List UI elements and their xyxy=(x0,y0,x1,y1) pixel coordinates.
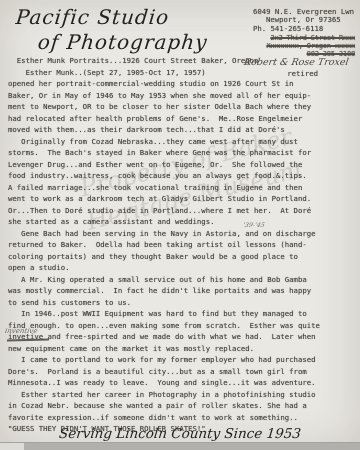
typed-body: Esther Munk Portraits...1926 Court Stree… xyxy=(8,55,356,435)
typed-line: storms. The Bach's stayed in Baker where… xyxy=(8,147,356,159)
address-line: Ph. 541-265-6118 xyxy=(253,25,354,33)
typed-line: Originally from Cozad Nebraska...they ca… xyxy=(8,136,356,148)
typed-line: Esther Munk Portraits...1926 Court Stree… xyxy=(8,55,356,67)
typed-line: open a studio. xyxy=(8,262,356,274)
typed-line: find enough. to open...even making some … xyxy=(8,320,356,332)
typed-line: Esther started her career in Photography… xyxy=(8,389,356,401)
typed-line: had relocated after health problems of G… xyxy=(8,113,356,125)
typed-line: she started as a camera assistant and we… xyxy=(8,216,356,228)
scanned-document: Pacific Studio of Photography 6049 N.E. … xyxy=(0,0,360,450)
typed-line: Minnesota..I was ready to leave. Young a… xyxy=(8,377,356,389)
typed-line: was mostly commercial. In fact he didn't… xyxy=(8,285,356,297)
typed-line: invetive and free-spirted and we made do… xyxy=(8,331,356,343)
studio-title-line1: Pacific Studio xyxy=(15,5,171,29)
typed-line: A Mr. King operated a small service out … xyxy=(8,274,356,286)
pencil-note-navy-dates: '39-'45 xyxy=(242,222,265,229)
typed-line: ment to Newport, OR to be closer to her … xyxy=(8,101,356,113)
typed-line: to send his customers to us. xyxy=(8,297,356,309)
typed-line: went to work as a darkroom tech at Glady… xyxy=(8,193,356,205)
typed-line: In 1946..post WWII Equipment was hard to… xyxy=(8,308,356,320)
address-block: 6049 N.E. Evergreen LwnNewport, Or 97365… xyxy=(253,8,354,33)
typed-line: new equipment came on the market it was … xyxy=(8,343,356,355)
typed-line: returned to Baker. Odella had been takin… xyxy=(8,239,356,251)
scan-edge-notch xyxy=(0,443,24,450)
typed-line: moved with them...as their darkroom tech… xyxy=(8,124,356,136)
typed-line: Esther Munk..(Sept 27, 1905-Oct 17, 1957… xyxy=(8,67,356,79)
typed-line: Levenger Drug...and Esther went on to Eu… xyxy=(8,159,356,171)
scan-edge-band xyxy=(0,442,360,450)
footer-tagline: Serving Lincoln County Since 1953 xyxy=(0,426,360,442)
typed-line: coloring portaits) and they thought Bake… xyxy=(8,251,356,263)
typed-line: A failed marriage...she took vocational … xyxy=(8,182,356,194)
studio-title-line2: of Photography xyxy=(37,30,209,54)
pencil-correction-inventive: inventive xyxy=(4,327,38,335)
typed-line: food industry..waitress, cook because yo… xyxy=(8,170,356,182)
typed-line: favorite expression..if someone didn't w… xyxy=(8,412,356,424)
typed-line: opened her portrait-commercial-wedding s… xyxy=(8,78,356,90)
typed-line: Dore's. Porland is a beautiful city...bu… xyxy=(8,366,356,378)
typed-line: Gene Bach had been serving in the Navy i… xyxy=(8,228,356,240)
typed-line: Baker, Or in May of 1946 to May 1953 whe… xyxy=(8,90,356,102)
typed-line: I came to portland to work for my former… xyxy=(8,354,356,366)
typed-line: in Cozad Nebr. because she wanted a pair… xyxy=(8,400,356,412)
typed-line: Or...Then to Doré studio aide in Portlan… xyxy=(8,205,356,217)
